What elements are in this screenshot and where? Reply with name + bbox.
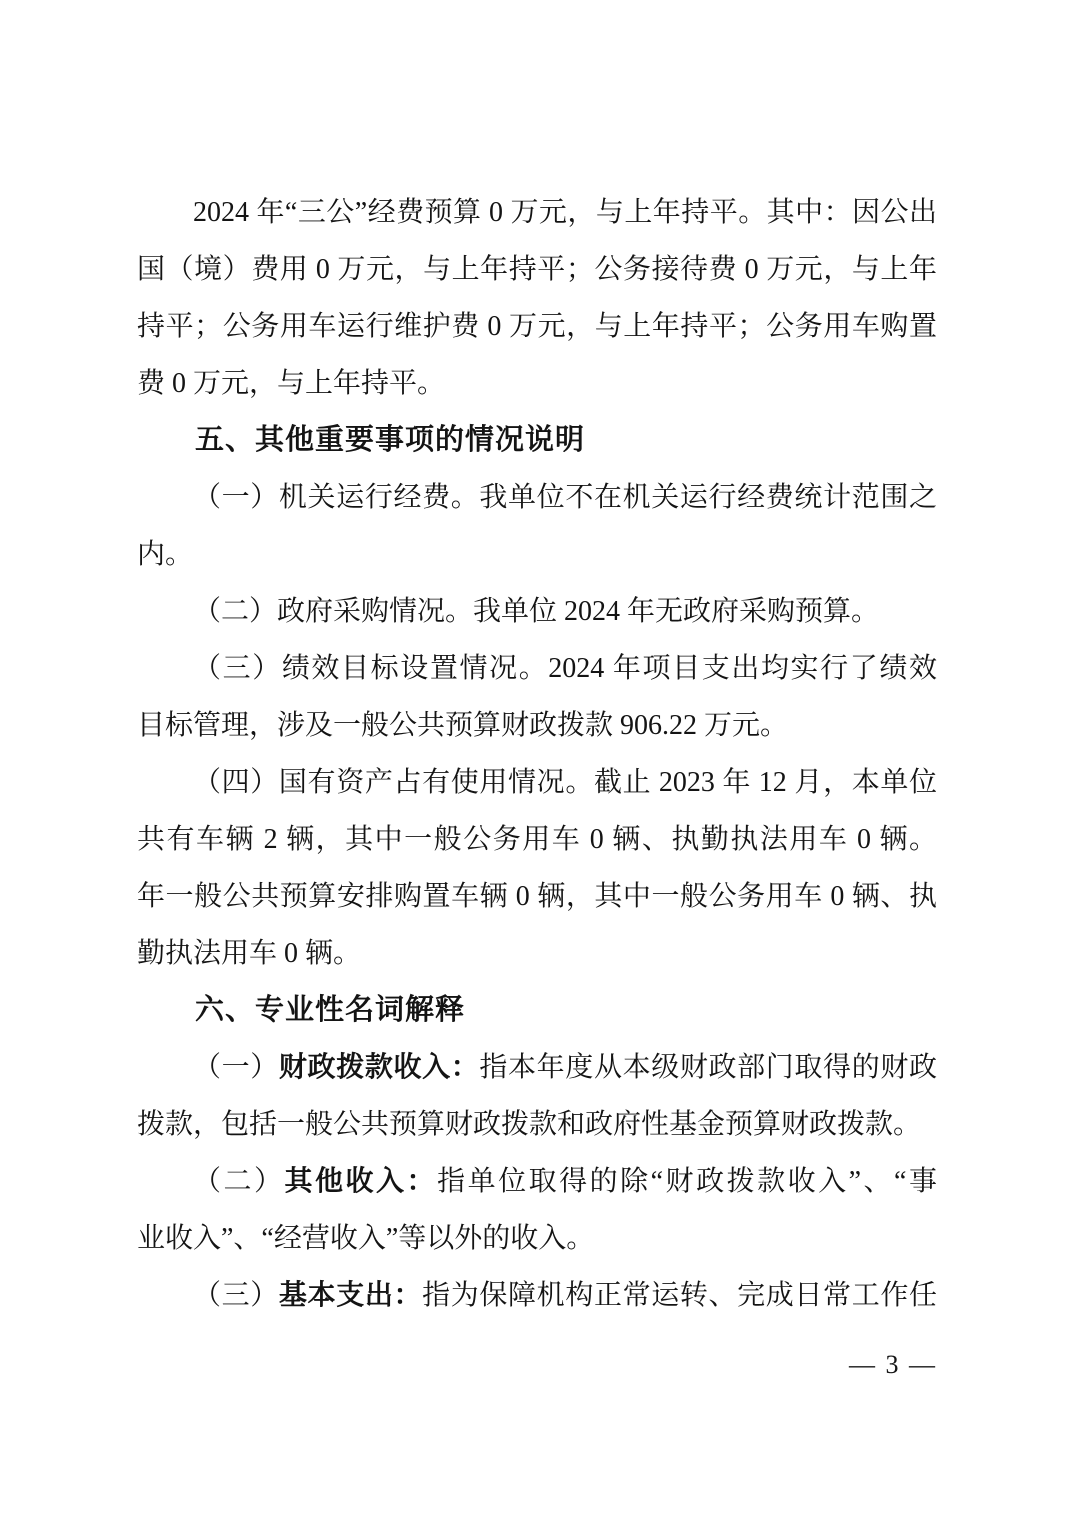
text-line: （一）财政拨款收入：指本年度从本级财政部门取得的财政 — [137, 1039, 937, 1096]
term-label: 其他收入： — [285, 1166, 438, 1197]
list-marker: （一） — [193, 1052, 279, 1083]
paragraph-jiguan-yunxing: （一）机关运行经费。我单位不在机关运行经费统计范围之 内。 — [137, 469, 937, 583]
text-line: （一）机关运行经费。我单位不在机关运行经费统计范围之 — [137, 469, 937, 526]
text-line: 内。 — [137, 526, 937, 583]
text-line: 勤执法用车 0 辆。 — [137, 925, 937, 982]
paragraph-term-qita-shouru: （二）其他收入：指单位取得的除“财政拨款收入”、“事 业收入”、“经营收入”等以… — [137, 1153, 937, 1267]
text-line: （二）其他收入：指单位取得的除“财政拨款收入”、“事 — [137, 1153, 937, 1210]
document-page: 2024 年“三公”经费预算 0 万元，与上年持平。其中：因公出 国（境）费用 … — [0, 0, 1074, 1520]
text-line: 拨款，包括一般公共预算财政拨款和政府性基金预算财政拨款。 — [137, 1096, 937, 1153]
term-label: 财政拨款收入： — [279, 1052, 479, 1083]
paragraph-jixiao-mubiao: （三）绩效目标设置情况。2024 年项目支出均实行了绩效 目标管理，涉及一般公共… — [137, 640, 937, 754]
paragraph-zhengfu-caigou: （二）政府采购情况。我单位 2024 年无政府采购预算。 — [137, 583, 937, 640]
text-line: 2024 年“三公”经费预算 0 万元，与上年持平。其中：因公出 — [137, 184, 937, 241]
term-definition: 指本年度从本级财政部门取得的财政 — [479, 1052, 937, 1083]
page-number: — 3 — — [849, 1345, 937, 1385]
term-definition: 指为保障机构正常运转、完成日常工作任 — [422, 1280, 937, 1311]
text-line: 目标管理，涉及一般公共预算财政拨款 906.22 万元。 — [137, 697, 937, 754]
paragraph-term-jiben-zhichu: （三）基本支出：指为保障机构正常运转、完成日常工作任 — [137, 1267, 937, 1324]
text-line: 持平；公务用车运行维护费 0 万元，与上年持平；公务用车购置 — [137, 298, 937, 355]
paragraph-guoyou-zichan: （四）国有资产占有使用情况。截止 2023 年 12 月，本单位 共有车辆 2 … — [137, 754, 937, 982]
section-heading-six: 六、专业性名词解释 — [137, 982, 937, 1039]
text-line: 国（境）费用 0 万元，与上年持平；公务接待费 0 万元，与上年 — [137, 241, 937, 298]
text-line: （三）绩效目标设置情况。2024 年项目支出均实行了绩效 — [137, 640, 937, 697]
term-definition: 指单位取得的除“财政拨款收入”、“事 — [437, 1166, 937, 1197]
term-label: 基本支出： — [279, 1280, 422, 1311]
text-line: （二）政府采购情况。我单位 2024 年无政府采购预算。 — [137, 583, 937, 640]
text-line: 业收入”、“经营收入”等以外的收入。 — [137, 1210, 937, 1267]
text-line: （四）国有资产占有使用情况。截止 2023 年 12 月，本单位 — [137, 754, 937, 811]
text-line: 年一般公共预算安排购置车辆 0 辆，其中一般公务用车 0 辆、执 — [137, 868, 937, 925]
text-line: （三）基本支出：指为保障机构正常运转、完成日常工作任 — [137, 1267, 937, 1324]
list-marker: （三） — [193, 1280, 279, 1311]
paragraph-sangong-expenses: 2024 年“三公”经费预算 0 万元，与上年持平。其中：因公出 国（境）费用 … — [137, 184, 937, 412]
document-body: 2024 年“三公”经费预算 0 万元，与上年持平。其中：因公出 国（境）费用 … — [137, 184, 937, 1324]
list-marker: （二） — [193, 1166, 285, 1197]
paragraph-term-caizheng-bokuan: （一）财政拨款收入：指本年度从本级财政部门取得的财政 拨款，包括一般公共预算财政… — [137, 1039, 937, 1153]
section-heading-five: 五、其他重要事项的情况说明 — [137, 412, 937, 469]
text-line: 共有车辆 2 辆，其中一般公务用车 0 辆、执勤执法用车 0 辆。2024 — [137, 811, 937, 868]
text-line: 费 0 万元，与上年持平。 — [137, 355, 937, 412]
